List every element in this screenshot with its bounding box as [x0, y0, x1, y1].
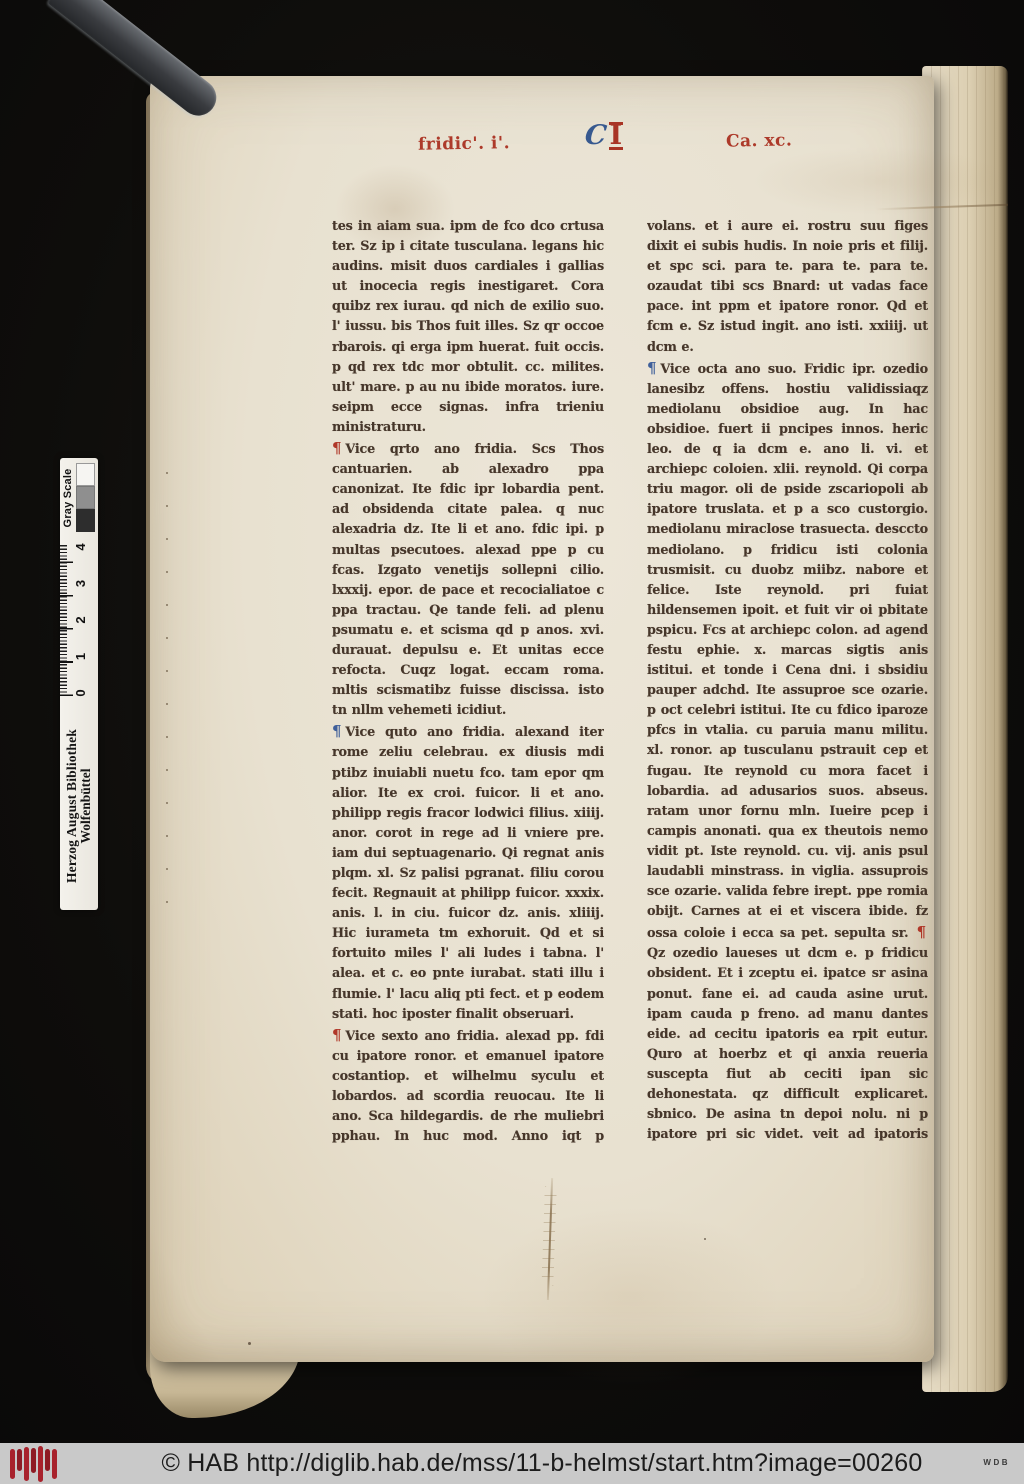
ruler-scale: 01234 — [60, 538, 98, 702]
logo-bar — [31, 1448, 36, 1473]
wdb-mark: WDB — [983, 1458, 1010, 1467]
gray-scale-label: Gray Scale — [62, 458, 74, 538]
manuscript-paragraph: ¶Vice octa ano suo. Fridic ipr. ozedio l… — [647, 358, 928, 1141]
paraph-mark-blue: ¶ — [332, 722, 345, 740]
logo-bar — [24, 1447, 29, 1481]
pricking-holes — [166, 472, 168, 916]
logo-bar — [10, 1449, 15, 1479]
folio-numeral-blue: C — [583, 121, 608, 151]
logo-bar — [52, 1449, 57, 1479]
footer-bar: © HAB http://diglib.hab.de/mss/11-b-helm… — [0, 1443, 1024, 1484]
ruler-number: 0 — [73, 686, 88, 700]
swatch-dark — [76, 510, 95, 533]
ruler-strip: Herzog August Bibliothek Wolfenbüttel 01… — [60, 458, 98, 910]
reference-ruler: Herzog August Bibliothek Wolfenbüttel 01… — [60, 458, 98, 910]
ruler-major-ticks — [60, 544, 73, 696]
manuscript-paragraph: ¶Vice quto ano fridia. alexand iter rome… — [332, 721, 604, 1024]
ruler-number: 2 — [73, 613, 88, 627]
chapter-rubric: Ca. xc. — [726, 130, 793, 151]
folio-number-ornament: CI — [585, 121, 623, 151]
paraph-mark-red: ¶ — [915, 923, 928, 941]
paraph-mark-red: ¶ — [332, 439, 345, 457]
manuscript-paragraph: tes in aiam sua. ipm de fco dco crtusa t… — [332, 217, 604, 438]
page-holder-clip — [47, 0, 224, 123]
paraph-mark-red: ¶ — [332, 1026, 345, 1044]
folio-numeral-red: I — [609, 122, 624, 150]
ruler-number: 1 — [73, 650, 88, 664]
fore-edge-leaf-lines — [922, 66, 1008, 1392]
copyright-url-text: © HAB http://diglib.hab.de/mss/11-b-helm… — [0, 1449, 1024, 1478]
swatch-white — [76, 464, 95, 487]
manuscript-paragraph: ¶Vice sexto ano fridia. alexad pp. fdi c… — [332, 1025, 604, 1145]
scan-viewer-page: fridic'. i'. CI Ca. xc. tes in aiam sua.… — [0, 0, 1024, 1484]
manuscript-paragraph: volans. et i aure ei. rostru suu figes d… — [647, 217, 928, 358]
gray-scale-swatches — [76, 458, 95, 538]
ink-speck — [704, 1238, 706, 1240]
institution-name: Herzog August Bibliothek — [65, 729, 79, 883]
hab-logo-icon — [10, 1440, 57, 1484]
paraph-mark-blue: ¶ — [647, 359, 660, 377]
book-fore-edge — [922, 66, 1008, 1392]
running-title-left: fridic'. i'. — [418, 133, 510, 155]
logo-bar — [38, 1446, 43, 1482]
ruler-number: 3 — [73, 577, 88, 591]
text-column-left: tes in aiam sua. ipm de fco dco crtusa t… — [332, 217, 604, 1145]
logo-bar — [17, 1449, 22, 1471]
ink-speck — [248, 1342, 251, 1345]
ruler-number: 4 — [73, 540, 88, 554]
institution-label: Herzog August Bibliothek Wolfenbüttel — [60, 702, 98, 910]
swatch-mid — [76, 487, 95, 510]
gray-scale-patch: Gray Scale — [60, 458, 98, 538]
text-column-right: volans. et i aure ei. rostru suu figes d… — [647, 217, 928, 1141]
manuscript-paragraph: ¶Vice qrto ano fridia. Scs Thos cantuari… — [332, 438, 604, 721]
ruler-numbers: 01234 — [73, 538, 88, 702]
parchment-stain — [480, 1206, 780, 1386]
logo-bar — [45, 1449, 50, 1471]
institution-city: Wolfenbüttel — [79, 769, 93, 844]
